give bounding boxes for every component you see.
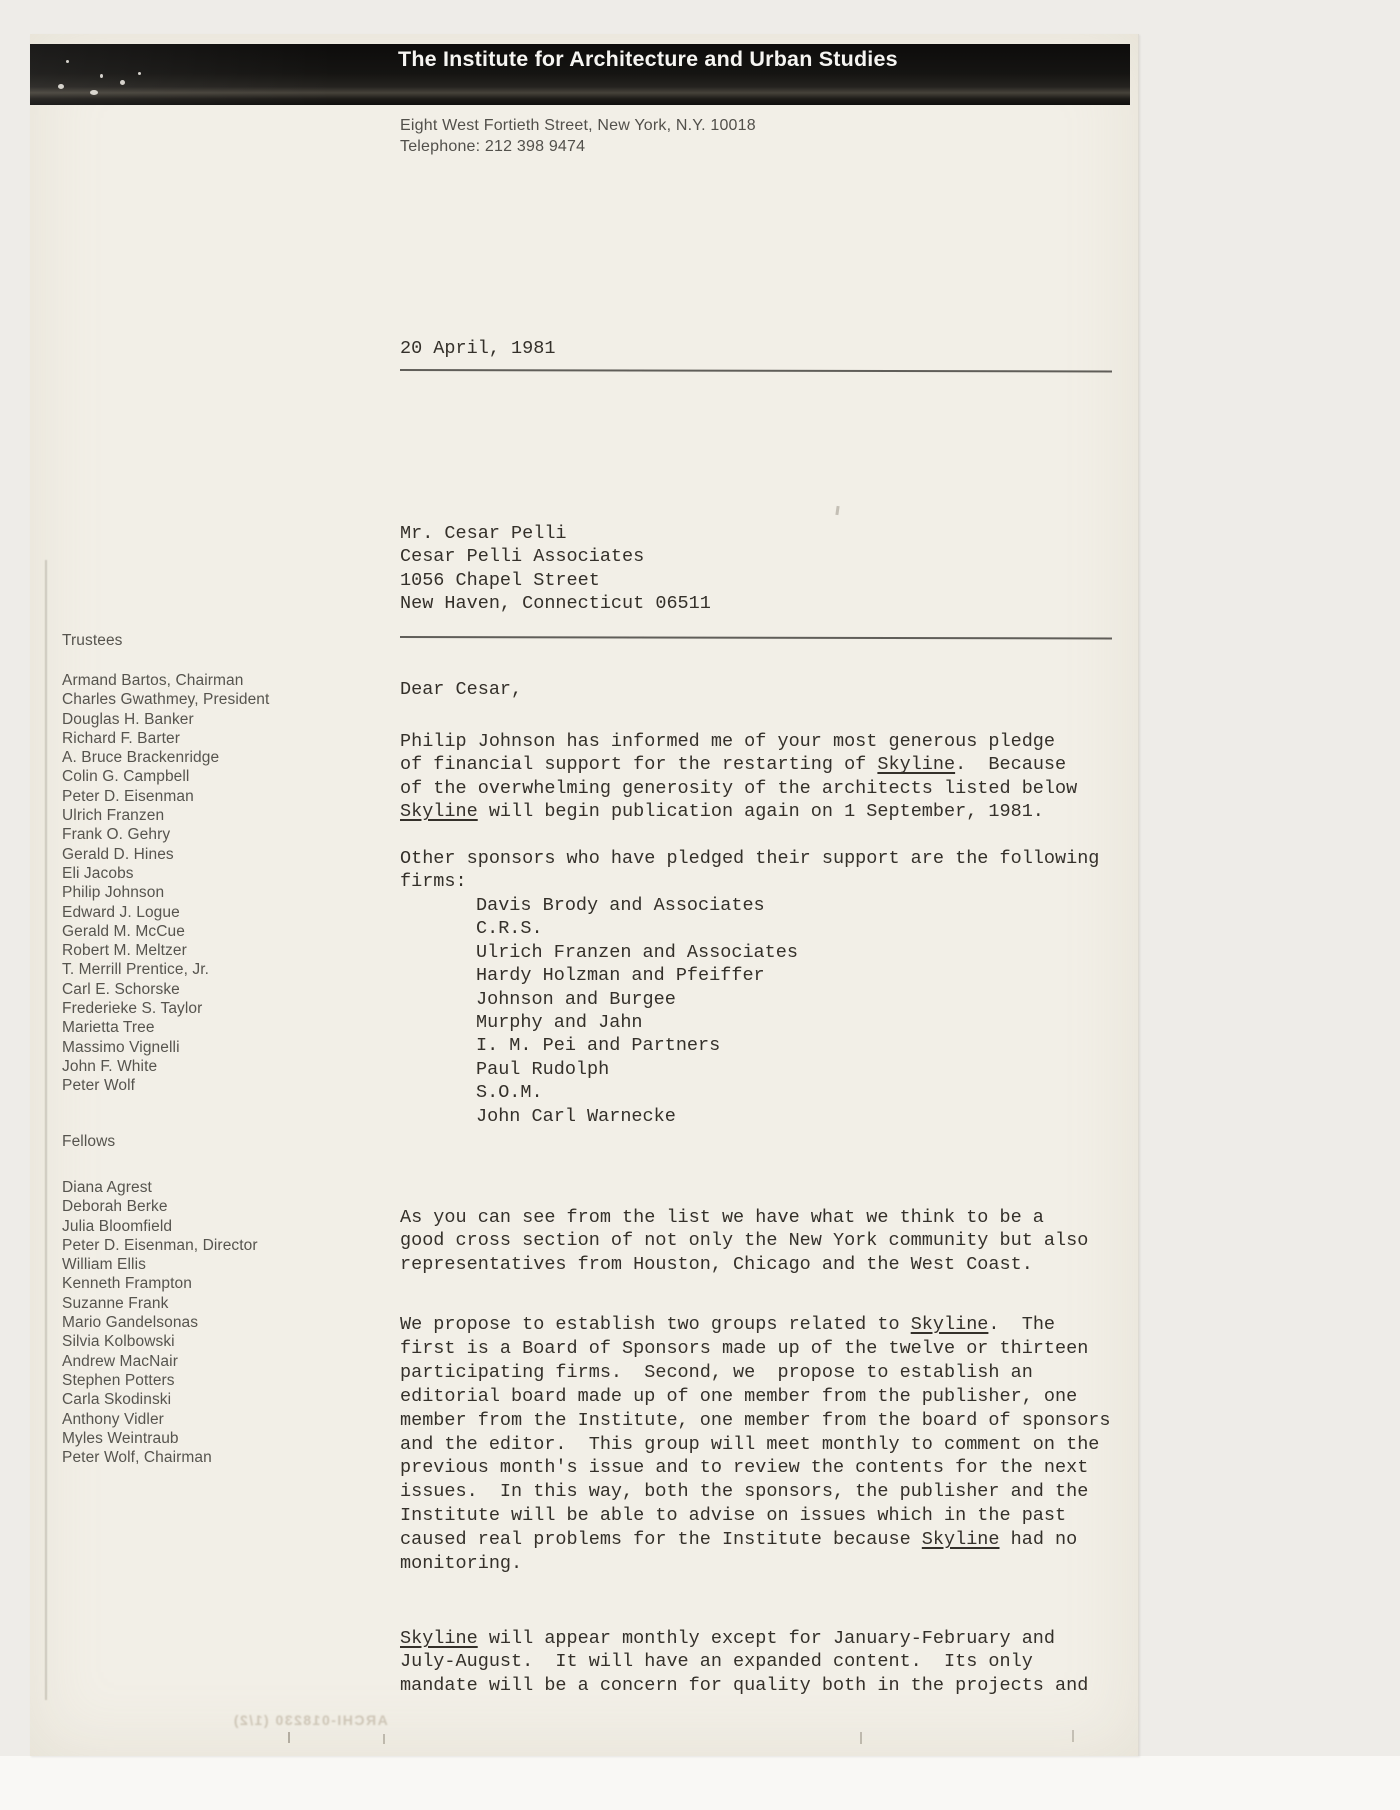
salutation: Dear Cesar,: [400, 678, 522, 701]
letterhead-banner: The Institute for Architecture and Urban…: [30, 44, 1130, 105]
trustees-list: Armand Bartos, Chairman Charles Gwathmey…: [62, 671, 269, 1096]
letterhead-address: Eight West Fortieth Street, New York, N.…: [400, 116, 756, 157]
trustees-heading: Trustees: [62, 631, 123, 650]
paper-fold-shadow: [45, 560, 47, 1700]
dust-speck: [138, 72, 141, 75]
paragraph-two-groups: We propose to establish two groups relat…: [400, 1313, 1111, 1576]
paragraph-monthly: Skyline will appear monthly except for J…: [400, 1627, 1088, 1697]
dust-speck: [120, 80, 125, 85]
scanned-letter: The Institute for Architecture and Urban…: [0, 0, 1400, 1810]
stray-mark: [860, 1732, 862, 1744]
recipient-address-block: Mr. Cesar Pelli Cesar Pelli Associates 1…: [400, 522, 711, 616]
stray-mark: [288, 1732, 290, 1743]
dust-speck: [66, 60, 69, 63]
bleed-through-stamp: ARCHI-018230 (1/2): [205, 1712, 415, 1728]
dust-speck: [58, 84, 64, 89]
stray-mark: [1072, 1730, 1074, 1742]
dust-speck: [100, 74, 103, 78]
address-line: Eight West Fortieth Street, New York, N.…: [400, 116, 756, 137]
fellows-list: Diana Agrest Deborah Berke Julia Bloomfi…: [62, 1178, 258, 1467]
letter-date: 20 April, 1981: [400, 337, 555, 360]
dust-speck: [90, 90, 98, 95]
sponsor-firms-list: Davis Brody and Associates C.R.S. Ulrich…: [476, 894, 798, 1128]
org-name: The Institute for Architecture and Urban…: [398, 47, 898, 72]
paragraph-other-sponsors: Other sponsors who have pledged their su…: [400, 847, 1099, 894]
stray-mark: [383, 1734, 385, 1744]
paragraph-pledge: Philip Johnson has informed me of your m…: [400, 730, 1077, 824]
paragraph-cross-section: As you can see from the list we have wha…: [400, 1206, 1088, 1276]
phone-line: Telephone: 212 398 9474: [400, 137, 756, 158]
fellows-heading: Fellows: [62, 1132, 115, 1151]
